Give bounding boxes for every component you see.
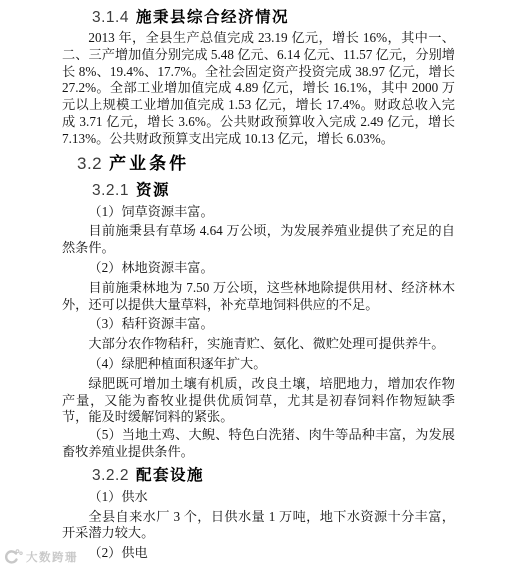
document-page: 3.1.4施秉县综合经济情况 2013 年，全县生产总值完成 23.19 亿元，… xyxy=(0,0,516,570)
heading-title: 资源 xyxy=(136,182,170,199)
paragraph-straw-use: 大部分农作物秸秆，实施青贮、氨化、微贮处理可提供养牛。 xyxy=(62,336,455,353)
heading-3-2: 3.2产业条件 xyxy=(62,152,455,176)
watermark-text: 大数跨珊 xyxy=(26,549,78,565)
item-water-supply: （1）供水 xyxy=(62,489,455,506)
heading-number: 3.2.1 xyxy=(92,182,129,199)
item-straw-resources: （3）秸秆资源丰富。 xyxy=(62,316,455,333)
paragraph-grassland: 目前施秉县有草场 4.64 万公顷，为发展养殖业提供了充足的自然条件。 xyxy=(62,223,455,257)
paragraph-green-manure: 绿肥既可增加土壤有机质，改良土壤，培肥地力，增加农作物产量，又能为畜牧业提供优质… xyxy=(62,376,455,426)
heading-title: 施秉县综合经济情况 xyxy=(136,9,289,26)
heading-number: 3.2.2 xyxy=(92,467,129,484)
watermark: 大数跨珊 xyxy=(3,548,78,566)
item-forage-resources: （1）饲草资源丰富。 xyxy=(62,204,455,221)
heading-3-1-4: 3.1.4施秉县综合经济情况 xyxy=(62,7,455,28)
item-forest-resources: （2）林地资源丰富。 xyxy=(62,260,455,277)
paragraph-economy-overview: 2013 年，全县生产总值完成 23.19 亿元，增长 16%，其中一、二、三产… xyxy=(62,30,455,148)
heading-number: 3.1.4 xyxy=(92,9,129,26)
paragraph-local-breeds: （5）当地土鸡、大鲵、特色白洗猪、肉牛等品种丰富，为发展畜牧养殖业提供条件。 xyxy=(62,427,455,461)
heading-number: 3.2 xyxy=(77,154,102,173)
item-green-manure: （4）绿肥种植面积逐年扩大。 xyxy=(62,356,455,373)
heading-3-2-2: 3.2.2配套设施 xyxy=(62,465,455,486)
heading-title: 产业条件 xyxy=(109,154,189,173)
paragraph-forest-land: 目前施秉林地为 7.50 万公顷，这些林地除提供用材、经济林木外，还可以提供大量… xyxy=(62,280,455,314)
heading-3-2-1: 3.2.1资源 xyxy=(62,180,455,201)
watermark-logo-icon xyxy=(3,548,23,566)
paragraph-water-supply: 全县自来水厂 3 个，日供水量 1 万吨，地下水资源十分丰富，开采潜力较大。 xyxy=(62,509,455,543)
heading-title: 配套设施 xyxy=(136,467,204,484)
item-power-supply: （2）供电 xyxy=(62,545,455,562)
